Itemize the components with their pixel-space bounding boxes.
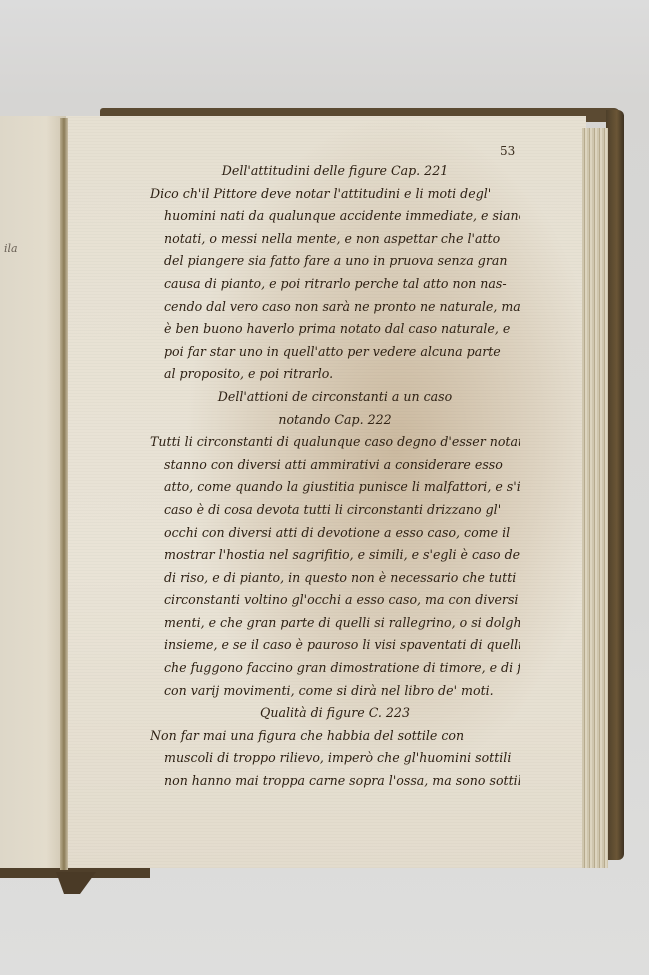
text-line: del piangere sia fatto fare a uno in pru…: [150, 250, 520, 273]
folio-number: 53: [500, 144, 515, 158]
text-line: cendo dal vero caso non sarà ne pronto n…: [150, 296, 520, 319]
text-line: menti, e che gran parte di quelli si ral…: [150, 612, 520, 635]
page-block-edges: [582, 128, 608, 868]
left-page-marginal-text: ila: [4, 242, 18, 255]
text-line: stanno con diversi atti ammirativi a con…: [150, 454, 520, 477]
text-line: muscoli di troppo rilievo, imperò che gl…: [150, 747, 520, 770]
text-line: al proposito, e poi ritrarlo.: [150, 363, 520, 386]
text-line: mostrar l'hostia nel sagrifitio, e simil…: [150, 544, 520, 567]
chapter-heading: Qualità di figure C. 223: [150, 702, 520, 725]
text-line: insieme, e se il caso è pauroso li visi …: [150, 634, 520, 657]
text-line: che fuggono faccino gran dimostratione d…: [150, 657, 520, 680]
text-line: con varij movimenti, come si dirà nel li…: [150, 680, 520, 703]
text-line: è ben buono haverlo prima notato dal cas…: [150, 318, 520, 341]
text-line: causa di pianto, e poi ritrarlo perche t…: [150, 273, 520, 296]
book-cover-right-edge: [606, 110, 624, 860]
text-line: caso è di cosa devota tutti li circonsta…: [150, 499, 520, 522]
chapter-heading: Dell'attioni de circonstanti a un caso: [150, 386, 520, 409]
text-line: notati, o messi nella mente, e non aspet…: [150, 228, 520, 251]
manuscript-text: Dell'attitudini delle figure Cap. 221Dic…: [150, 160, 520, 793]
text-line: poi far star uno in quell'atto per veder…: [150, 341, 520, 364]
text-line: di riso, e di pianto, in questo non è ne…: [150, 567, 520, 590]
chapter-heading: notando Cap. 222: [150, 409, 520, 432]
chapter-heading: Dell'attitudini delle figure Cap. 221: [150, 160, 520, 183]
text-line: atto, come quando la giustitia punisce l…: [150, 476, 520, 499]
book-gutter: [60, 118, 68, 870]
paragraph-first-line: Non far mai una figura che habbia del so…: [150, 725, 520, 748]
text-line: huomini nati da qualunque accidente imme…: [150, 205, 520, 228]
paragraph-first-line: Dico ch'il Pittore deve notar l'attitudi…: [150, 183, 520, 206]
left-page: ila: [0, 116, 66, 868]
text-line: occhi con diversi atti di devotione a es…: [150, 522, 520, 545]
paragraph-first-line: Tutti li circonstanti di qualunque caso …: [150, 431, 520, 454]
text-line: circonstanti voltino gl'occhi a esso cas…: [150, 589, 520, 612]
text-line: non hanno mai troppa carne sopra l'ossa,…: [150, 770, 520, 793]
